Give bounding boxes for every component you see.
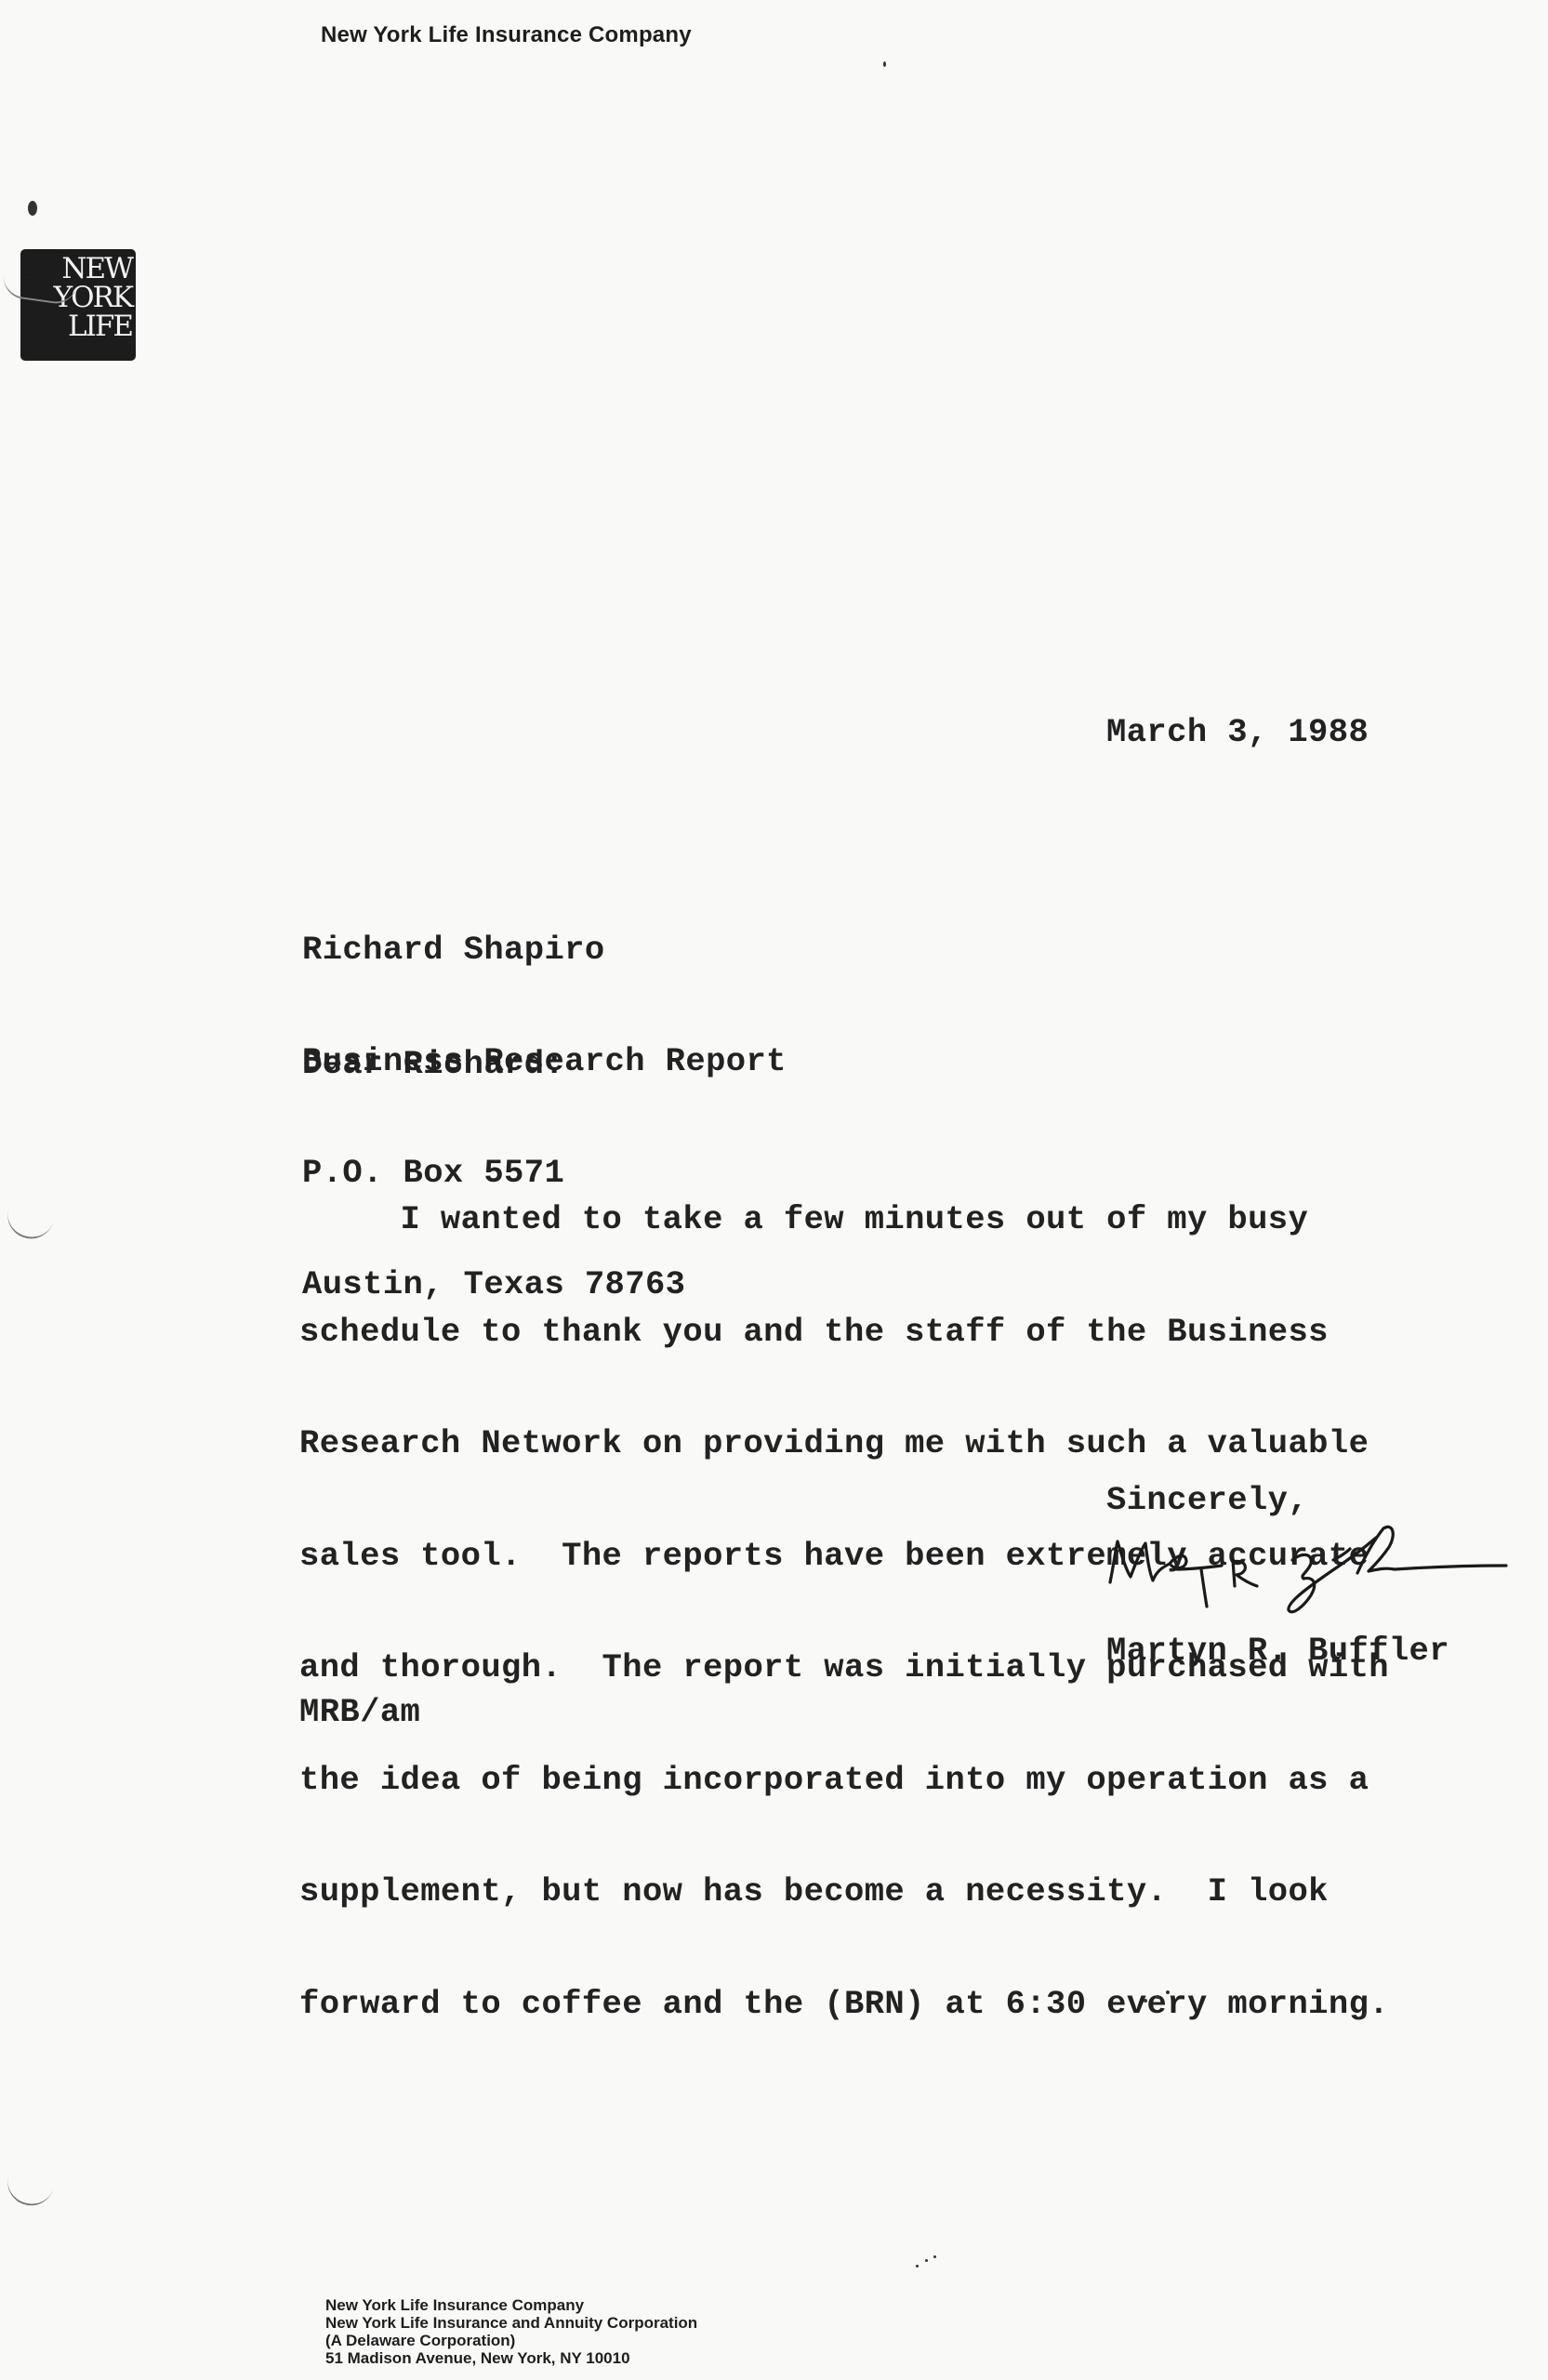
closing: Sincerely, xyxy=(1106,1482,1308,1519)
scan-speck xyxy=(1144,1999,1147,2003)
scan-speck xyxy=(1166,1990,1170,1994)
body-line: forward to coffee and the (BRN) at 6:30 … xyxy=(299,1986,1389,2024)
logo-line-life: LIFE xyxy=(20,312,132,341)
recipient-name: Richard Shapiro xyxy=(302,932,787,969)
scan-mark-arc xyxy=(3,1203,56,1244)
body-line: schedule to thank you and the staff of t… xyxy=(299,1314,1389,1352)
scan-speck xyxy=(925,2259,928,2262)
footer-line: New York Life Insurance and Annuity Corp… xyxy=(325,2314,697,2332)
scan-mark-arc xyxy=(3,2170,56,2211)
letterhead-footer: New York Life Insurance Company New York… xyxy=(325,2296,697,2367)
body-line: supplement, but now has become a necessi… xyxy=(299,1873,1389,1911)
scan-speck xyxy=(1156,1995,1159,1999)
footer-line: New York Life Insurance Company xyxy=(325,2296,697,2314)
footer-line: 51 Madison Avenue, New York, NY 10010 xyxy=(325,2349,697,2367)
salutation: Dear Richard: xyxy=(302,1046,564,1083)
scan-speck xyxy=(916,2265,919,2268)
footer-line: (A Delaware Corporation) xyxy=(325,2332,697,2349)
signer-name: Martyn R. Buffler xyxy=(1106,1633,1449,1670)
letterhead-company-name: New York Life Insurance Company xyxy=(321,22,692,48)
body-line: the idea of being incorporated into my o… xyxy=(299,1762,1389,1800)
body-line: I wanted to take a few minutes out of my… xyxy=(299,1201,1389,1239)
letter-date: March 3, 1988 xyxy=(1106,714,1369,751)
scan-speck xyxy=(28,201,37,216)
new-york-life-logo: NEW YORK LIFE xyxy=(20,249,136,361)
scan-speck xyxy=(933,2255,936,2258)
handwritten-signature xyxy=(1097,1515,1515,1618)
scan-speck xyxy=(883,61,886,67)
reference-initials: MRB/am xyxy=(299,1694,420,1731)
body-line: Research Network on providing me with su… xyxy=(299,1425,1389,1463)
